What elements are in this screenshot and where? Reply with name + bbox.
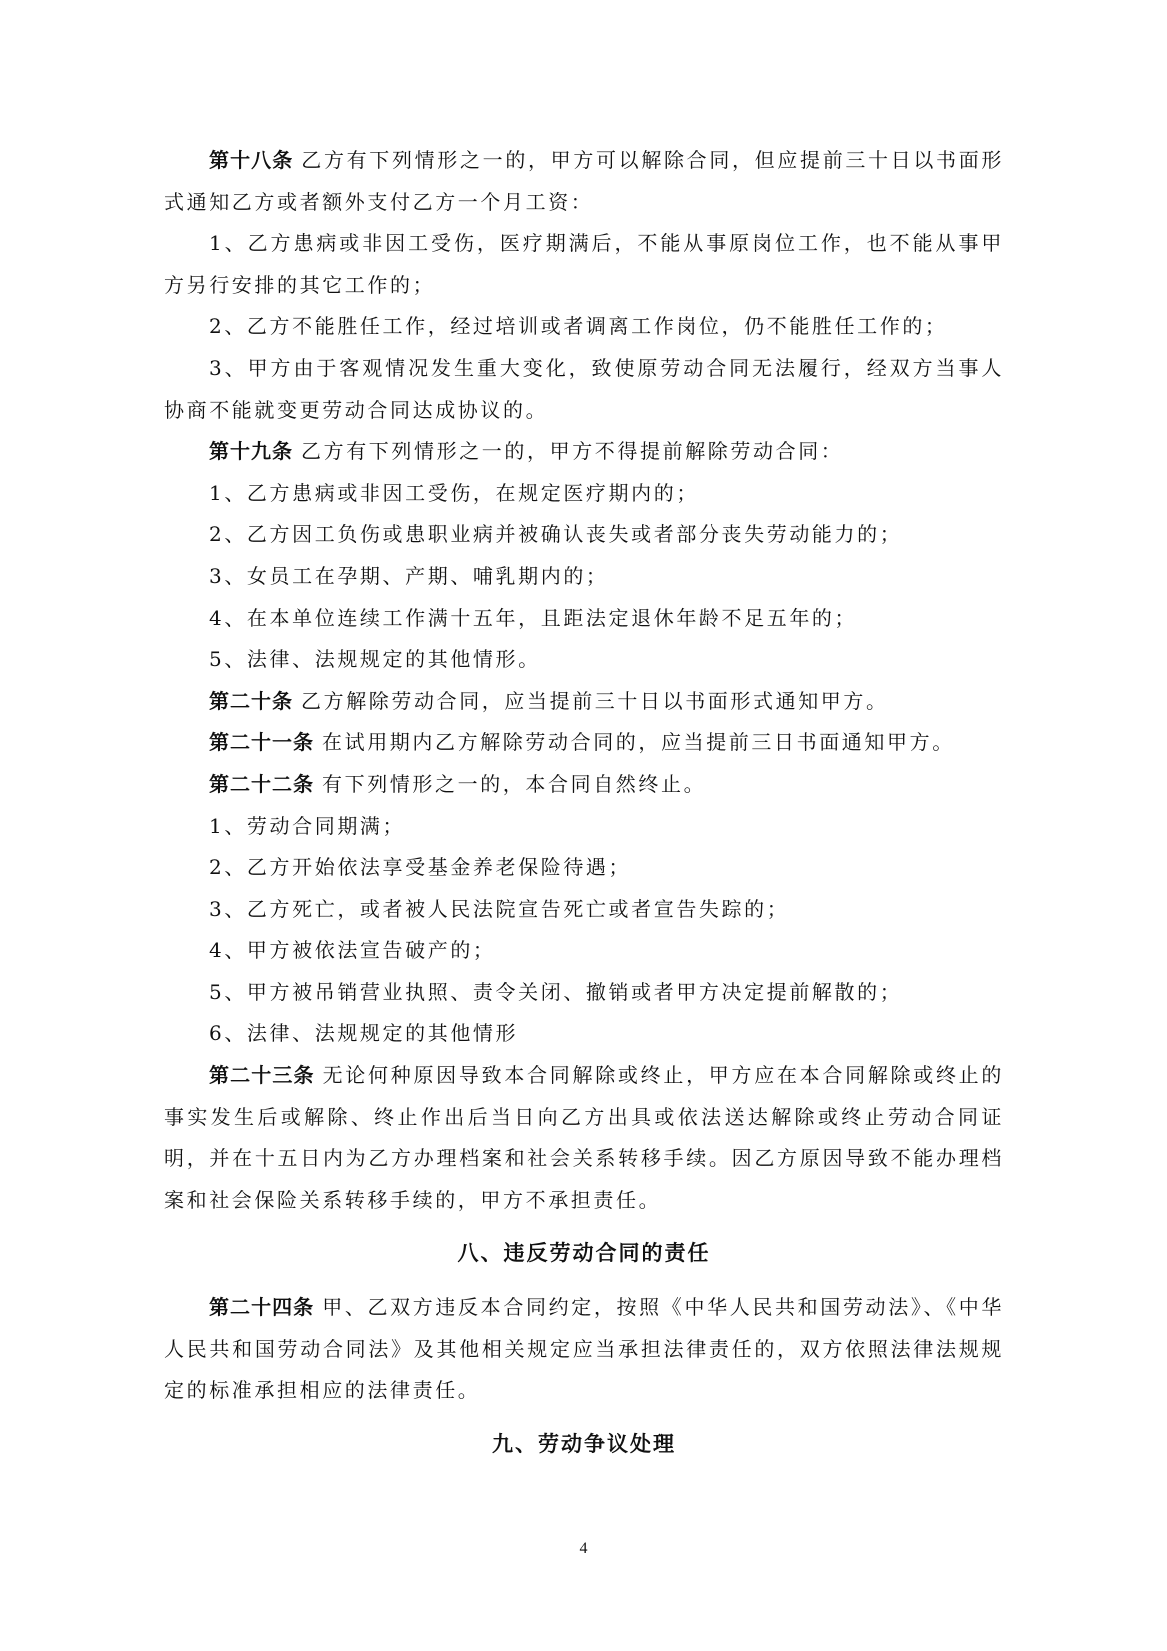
section-heading-8: 八、违反劳动合同的责任 <box>164 1233 1004 1275</box>
article-label: 第二十二条 <box>209 772 314 796</box>
article-23: 第二十三条无论何种原因导致本合同解除或终止，甲方应在本合同解除或终止的事实发生后… <box>164 1055 1004 1221</box>
article-text: 乙方解除劳动合同，应当提前三十日以书面形式通知甲方。 <box>301 689 889 713</box>
section-heading-9: 九、劳动争议处理 <box>164 1424 1004 1466</box>
article-text: 有下列情形之一的，本合同自然终止。 <box>322 772 706 796</box>
list-item: 2、乙方因工负伤或患职业病并被确认丧失或者部分丧失劳动能力的； <box>164 514 1004 556</box>
article-label: 第十八条 <box>209 148 293 172</box>
article-label: 第二十条 <box>209 689 293 713</box>
list-item: 5、法律、法规规定的其他情形。 <box>164 639 1004 681</box>
list-item: 5、甲方被吊销营业执照、责令关闭、撤销或者甲方决定提前解散的； <box>164 972 1004 1014</box>
article-label: 第十九条 <box>209 439 293 463</box>
list-item: 4、甲方被依法宣告破产的； <box>164 930 1004 972</box>
page-number: 4 <box>0 1540 1167 1558</box>
document-page: 第十八条乙方有下列情形之一的，甲方可以解除合同，但应提前三十日以书面形式通知乙方… <box>164 140 1004 1465</box>
article-label: 第二十一条 <box>209 730 314 754</box>
article-18: 第十八条乙方有下列情形之一的，甲方可以解除合同，但应提前三十日以书面形式通知乙方… <box>164 140 1004 223</box>
article-label: 第二十四条 <box>209 1295 314 1319</box>
list-item: 2、乙方不能胜任工作，经过培训或者调离工作岗位，仍不能胜任工作的； <box>164 306 1004 348</box>
list-item: 1、乙方患病或非因工受伤，医疗期满后，不能从事原岗位工作，也不能从事甲方另行安排… <box>164 223 1004 306</box>
article-label: 第二十三条 <box>209 1063 315 1087</box>
article-20: 第二十条乙方解除劳动合同，应当提前三十日以书面形式通知甲方。 <box>164 681 1004 723</box>
list-item: 6、法律、法规规定的其他情形 <box>164 1013 1004 1055</box>
list-item: 2、乙方开始依法享受基金养老保险待遇； <box>164 847 1004 889</box>
list-item: 4、在本单位连续工作满十五年，且距法定退休年龄不足五年的； <box>164 598 1004 640</box>
list-item: 1、劳动合同期满； <box>164 806 1004 848</box>
article-19: 第十九条乙方有下列情形之一的，甲方不得提前解除劳动合同： <box>164 431 1004 473</box>
article-21: 第二十一条在试用期内乙方解除劳动合同的，应当提前三日书面通知甲方。 <box>164 722 1004 764</box>
article-text: 在试用期内乙方解除劳动合同的，应当提前三日书面通知甲方。 <box>322 730 955 754</box>
list-item: 1、乙方患病或非因工受伤，在规定医疗期内的； <box>164 473 1004 515</box>
article-22: 第二十二条有下列情形之一的，本合同自然终止。 <box>164 764 1004 806</box>
list-item: 3、女员工在孕期、产期、哺乳期内的； <box>164 556 1004 598</box>
list-item: 3、甲方由于客观情况发生重大变化，致使原劳动合同无法履行，经双方当事人协商不能就… <box>164 348 1004 431</box>
article-text: 乙方有下列情形之一的，甲方不得提前解除劳动合同： <box>301 439 843 463</box>
list-item: 3、乙方死亡，或者被人民法院宣告死亡或者宣告失踪的； <box>164 889 1004 931</box>
article-24: 第二十四条甲、乙双方违反本合同约定，按照《中华人民共和国劳动法》、《中华人民共和… <box>164 1287 1004 1412</box>
